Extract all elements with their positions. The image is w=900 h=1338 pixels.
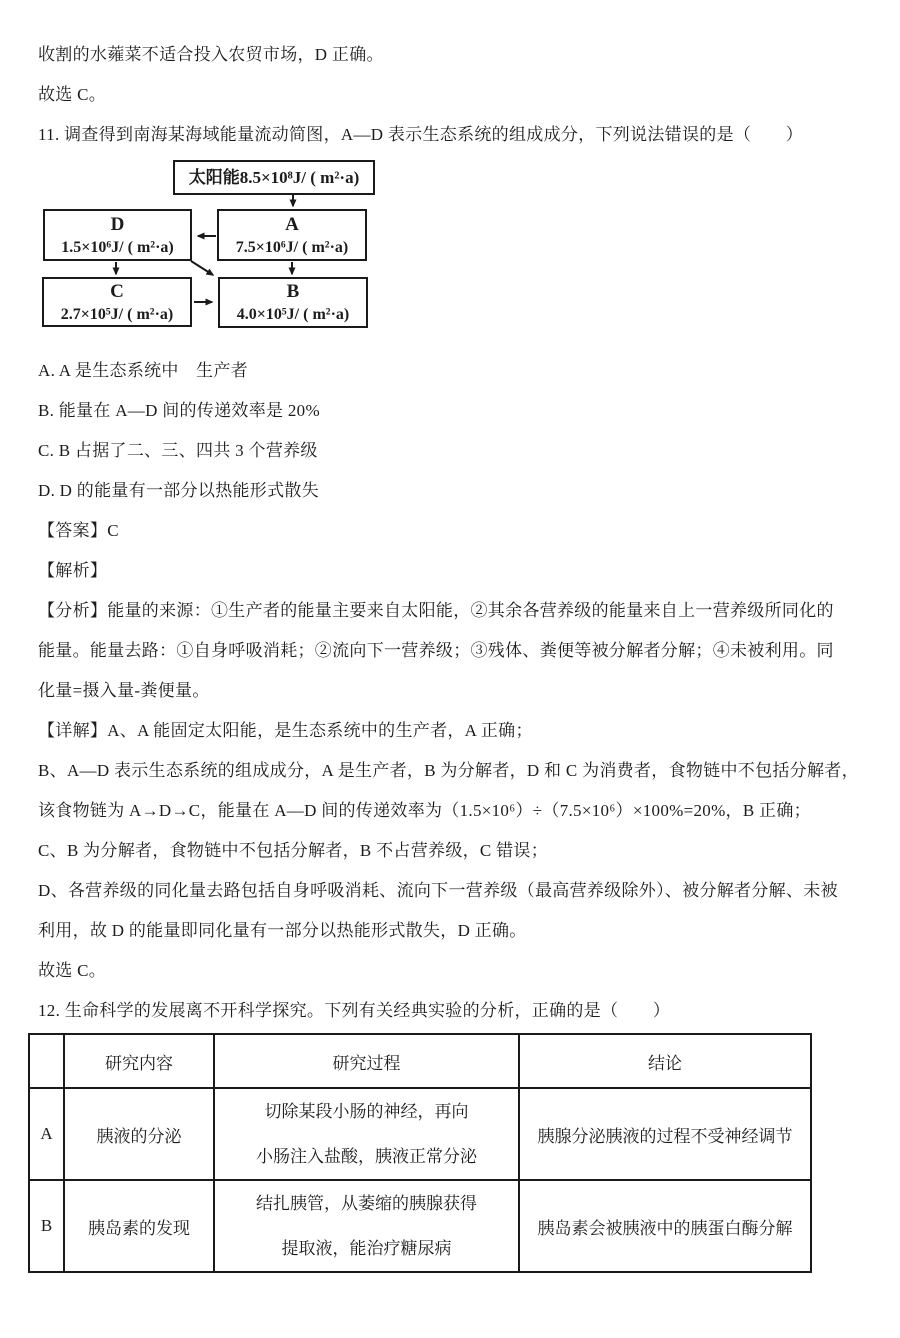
row-b-label: B bbox=[29, 1180, 64, 1272]
box-d-letter: D bbox=[45, 213, 190, 236]
detail-line-6: 利用，故 D 的能量即同化量有一部分以热能形式散失，D 正确。 bbox=[38, 911, 862, 951]
row-a-content: 胰液的分泌 bbox=[64, 1088, 214, 1180]
detail-line-3: 该食物链为 A→D→C，能量在 A—D 间的传递效率为（1.5×10⁶）÷（7.… bbox=[38, 791, 862, 831]
prev-answer-line: 收割的水蕹菜不适合投入农贸市场，D 正确。 bbox=[38, 35, 862, 75]
row-b-process-line-1: 结扎胰管，从萎缩的胰腺获得 bbox=[219, 1181, 514, 1226]
detail-verdict: 故选 C。 bbox=[38, 951, 862, 991]
box-c-letter: C bbox=[44, 280, 190, 303]
detail-line-4: C、B 为分解者，食物链中不包括分解者，B 不占营养级，C 错误； bbox=[38, 831, 862, 871]
question-11-stem: 11. 调查得到南海某海域能量流动简图，A—D 表示生态系统的组成成分，下列说法… bbox=[38, 115, 862, 155]
diagram-box-a: A 7.5×10⁶J/ ( m²·a) bbox=[217, 209, 367, 261]
row-a-conclusion: 胰腺分泌胰液的过程不受神经调节 bbox=[519, 1088, 811, 1180]
header-empty bbox=[29, 1034, 64, 1088]
row-a-process-line-2: 小肠注入盐酸，胰液正常分泌 bbox=[219, 1134, 514, 1179]
row-a-process: 切除某段小肠的神经，再向 小肠注入盐酸，胰液正常分泌 bbox=[214, 1088, 519, 1180]
option-b: B. 能量在 A—D 间的传递效率是 20% bbox=[38, 391, 862, 431]
row-b-process-line-2: 提取液，能治疗糖尿病 bbox=[219, 1226, 514, 1271]
box-a-letter: A bbox=[219, 213, 365, 236]
table-row: B 胰岛素的发现 结扎胰管，从萎缩的胰腺获得 提取液，能治疗糖尿病 胰岛素会被胰… bbox=[29, 1180, 811, 1272]
detail-line-5: D、各营养级的同化量去路包括自身呼吸消耗、流向下一营养级（最高营养级除外）、被分… bbox=[38, 871, 862, 911]
option-a: A. A 是生态系统中 生产者 bbox=[38, 351, 862, 391]
row-b-process: 结扎胰管，从萎缩的胰腺获得 提取液，能治疗糖尿病 bbox=[214, 1180, 519, 1272]
box-d-value: 1.5×10⁶J/ ( m²·a) bbox=[45, 236, 190, 259]
diagram-box-sun: 太阳能8.5×10⁸J/ ( m²·a) bbox=[173, 160, 375, 195]
table-row: A 胰液的分泌 切除某段小肠的神经，再向 小肠注入盐酸，胰液正常分泌 胰腺分泌胰… bbox=[29, 1088, 811, 1180]
analysis-header: 【解析】 bbox=[38, 551, 862, 591]
option-c: C. B 占据了二、三、四共 3 个营养级 bbox=[38, 431, 862, 471]
question-12-stem: 12. 生命科学的发展离不开科学探究。下列有关经典实验的分析，正确的是（ ） bbox=[38, 991, 862, 1031]
table-header-row: 研究内容 研究过程 结论 bbox=[29, 1034, 811, 1088]
option-d: D. D 的能量有一部分以热能形式散失 bbox=[38, 471, 862, 511]
detail-line-2: B、A—D 表示生态系统的组成成分，A 是生产者，B 为分解者，D 和 C 为消… bbox=[38, 751, 862, 791]
analysis-line-1: 【分析】能量的来源：①生产者的能量主要来自太阳能，②其余各营养级的能量来自上一营… bbox=[38, 591, 862, 631]
header-conclusion: 结论 bbox=[519, 1034, 811, 1088]
detail-line-1: 【详解】A、A 能固定太阳能，是生态系统中的生产者，A 正确； bbox=[38, 711, 862, 751]
row-a-label: A bbox=[29, 1088, 64, 1180]
experiments-table: 研究内容 研究过程 结论 A 胰液的分泌 切除某段小肠的神经，再向 小肠注入盐酸… bbox=[28, 1033, 812, 1273]
box-c-value: 2.7×10⁵J/ ( m²·a) bbox=[44, 303, 190, 326]
diagram-box-b: B 4.0×10⁵J/ ( m²·a) bbox=[218, 277, 368, 328]
row-a-process-line-1: 切除某段小肠的神经，再向 bbox=[219, 1089, 514, 1134]
diagram-box-c: C 2.7×10⁵J/ ( m²·a) bbox=[42, 277, 192, 327]
row-b-content: 胰岛素的发现 bbox=[64, 1180, 214, 1272]
exam-page: 收割的水蕹菜不适合投入农贸市场，D 正确。 故选 C。 11. 调查得到南海某海… bbox=[0, 0, 900, 1338]
box-b-letter: B bbox=[220, 280, 366, 303]
answer-line: 【答案】C bbox=[38, 511, 862, 551]
analysis-line-2: 能量。能量去路：①自身呼吸消耗；②流向下一营养级；③残体、粪便等被分解者分解；④… bbox=[38, 631, 862, 671]
box-b-value: 4.0×10⁵J/ ( m²·a) bbox=[220, 303, 366, 326]
diagram-box-d: D 1.5×10⁶J/ ( m²·a) bbox=[43, 209, 192, 261]
box-a-value: 7.5×10⁶J/ ( m²·a) bbox=[219, 236, 365, 259]
analysis-line-3: 化量=摄入量-粪便量。 bbox=[38, 671, 862, 711]
prev-answer-verdict: 故选 C。 bbox=[38, 75, 862, 115]
row-b-conclusion: 胰岛素会被胰液中的胰蛋白酶分解 bbox=[519, 1180, 811, 1272]
header-content: 研究内容 bbox=[64, 1034, 214, 1088]
header-process: 研究过程 bbox=[214, 1034, 519, 1088]
arrow-d-to-b bbox=[191, 261, 213, 275]
energy-flow-diagram: 太阳能8.5×10⁸J/ ( m²·a) D 1.5×10⁶J/ ( m²·a)… bbox=[0, 160, 900, 348]
